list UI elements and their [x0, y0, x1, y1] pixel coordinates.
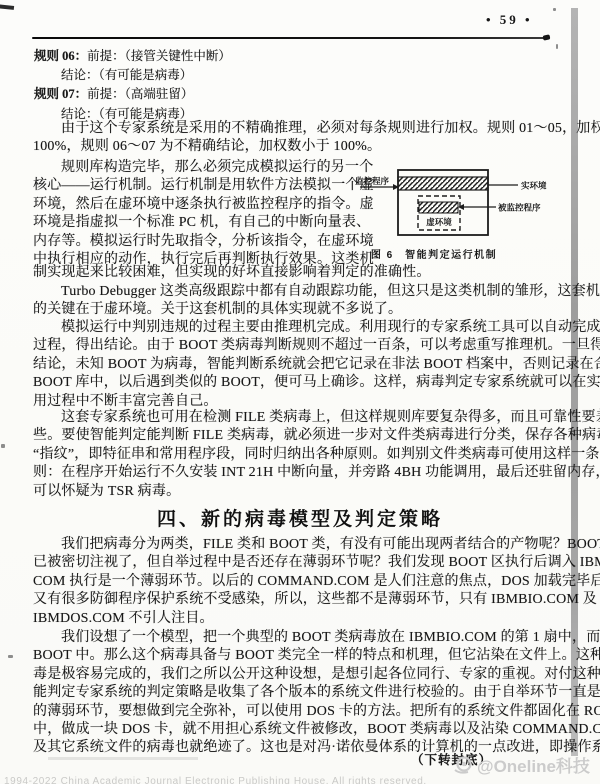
text-line: 规则库构造完毕，那么必须完成模拟运行的另一个: [33, 159, 383, 177]
paragraph-run-mechanism-narrow: 规则库构造完毕，那么必须完成模拟运行的另一个 核心——运行机制。运行机制是用软件…: [33, 159, 383, 269]
text-line: 结论，未知 BOOT 为病毒，智能判断系统就会把它记录在非法 BOOT 档案中，…: [33, 356, 600, 374]
text-line: BOOT 库中，以后遇到类似的 BOOT，便可马上确诊。这样，病毒判定专家系统就…: [33, 374, 600, 392]
text-line: 环境，然后在虚环境中逐条执行被监控程序的指令。虚: [33, 196, 383, 214]
rule-07-premise: 前提：（高端驻留）: [87, 87, 193, 101]
text-line: 核心——运行机制。运行机制是用软件方法模拟一个虚: [33, 177, 383, 195]
rule-07-premise-line: 规则 07：前提：（高端驻留）: [34, 85, 231, 104]
rules-block: 规则 06：前提：（接管关键性中断） 结论：（有可能是病毒） 规则 07：前提：…: [34, 47, 231, 124]
text-line: 这套专家系统也可用在检测 FILE 类病毒上，但这样规则库要复杂得多，而且可靠性…: [33, 409, 600, 427]
text-line: Turbo Debugger 这类高级跟踪中都有自动跟踪功能，但这只是这类机制的…: [33, 283, 600, 301]
monitored-program-bar: [419, 202, 458, 213]
figure-caption: 图 6 智能判定运行机制: [371, 248, 497, 261]
rule-06-premise-line: 规则 06：前提：（接管关键性中断）: [34, 47, 231, 66]
paragraph-inference-engine: 模拟运行中判别违规的过程主要由推理机完成。利用现行的专家系统工具可以自动完成推理…: [33, 319, 600, 411]
text-line: 100%，规则 06～07 为不精确结论，加权数小于 100%。: [33, 138, 600, 156]
paragraph-turbo-debugger: Turbo Debugger 这类高级跟踪中都有自动跟踪功能，但这只是这类机制的…: [33, 283, 600, 320]
text-line: 的关键在于虚环境。关于这套机制的具体实现就不多说了。: [33, 301, 600, 319]
text-line: 我们设想了一个模型，把一个典型的 BOOT 类病毒放在 IBMBIO.COM 的…: [33, 629, 600, 647]
scan-speck: [1, 444, 5, 448]
scan-speck: [8, 655, 13, 658]
scan-footer-text: 1994-2022 China Academic Journal Electro…: [4, 776, 600, 784]
watermark-logo-icon: [452, 754, 474, 776]
paragraph-new-model: 我们设想了一个模型，把一个典型的 BOOT 类病毒放在 IBMBIO.COM 的…: [33, 629, 600, 758]
rule-06-premise: 前提：（接管关键性中断）: [87, 49, 231, 63]
rule-06-label: 规则 06：: [34, 49, 87, 63]
monitor-program-label: 监控程序: [355, 176, 390, 186]
section-heading: 四、新的病毒模型及判定策略: [0, 504, 600, 531]
text-line: 由于这个专家系统是采用的不精确推理，必须对每条规则进行加权。规则 01～05，加…: [33, 120, 600, 138]
scan-speck: [556, 44, 558, 49]
text-line: 过程，得出结论。由于 BOOT 类病毒判断规则不超过一百条，可以考虑重写推理机。…: [33, 337, 600, 355]
text-line: 毒是极容易完成的，我们之所以公开这种设想，是想引起各位同行、专家的重视。对付这种…: [33, 666, 600, 684]
text-line: COM 执行是一个薄弱环节。以后的 COMMAND.COM 是人们注意的焦点，D…: [33, 573, 600, 591]
text-line: 能判定专家系统的判定策略是收集了各个版本的系统文件进行校验的。由于自举环节一直是…: [33, 684, 600, 702]
text-line: 些。要使智能判定能判断 FILE 类病毒，就必须进一步对文件类病毒进行分类，保存…: [33, 427, 600, 445]
page-number: • 59 •: [486, 12, 533, 28]
continuation-note: （下转封底）: [0, 750, 492, 768]
real-environment-label: 实环境: [521, 181, 547, 191]
paragraph-weighting: 由于这个专家系统是采用的不精确推理，必须对每条规则进行加权。规则 01～05，加…: [33, 120, 600, 157]
paragraph-file-virus: 这套专家系统也可用在检测 FILE 类病毒上，但这样规则库要复杂得多，而且可靠性…: [33, 409, 600, 501]
header-rule-line: [32, 37, 548, 39]
text-line: 又有很多防御程序保护系统不受感染，所以，这些都不是薄弱环节，只有 IBMBIO.…: [33, 591, 600, 609]
text-line: 中，做成一块 DOS 卡，就不用担心系统文件被修改，BOOT 类病毒以及沾染 C…: [33, 721, 600, 739]
text-line: 模拟运行中判别违规的过程主要由推理机完成。利用现行的专家系统工具可以自动完成推理: [33, 319, 600, 337]
text-line: 可以怀疑为 TSR 病毒。: [33, 483, 600, 501]
figure-6: 监控程序 实环境 被监控程序 虚环境 图 6 智能判定运行机制: [348, 157, 560, 267]
rule-07-label: 规则 07：: [34, 87, 87, 101]
watermark-text: @Oneline科技: [477, 752, 590, 777]
text-line: BOOT 中。那么这个病毒具备与 BOOT 类完全一样的特点和机理，但它沾染在文…: [33, 647, 600, 665]
monitored-program-label: 被监控程序: [498, 203, 541, 213]
scan-speck: [553, 8, 556, 11]
text-line: 内存等。模拟运行时先取指令，分析该指令，在虚环境: [33, 233, 383, 251]
watermark: @Oneline科技: [452, 752, 590, 777]
text-line: 则：在程序开始运行不久安装 INT 21H 中断向量，并旁路 4BH 功能调用，…: [33, 464, 600, 482]
text-line: IBMDOS.COM 不引人注目。: [33, 610, 600, 628]
scan-artifact-corner: [0, 4, 14, 10]
figure-6-diagram: 监控程序 实环境 被监控程序 虚环境 图 6 智能判定运行机制: [348, 157, 560, 267]
virtual-environment-label: 虚环境: [426, 217, 452, 227]
monitored-program-arrowhead: [458, 204, 464, 210]
text-line: 环境是指虚拟一个标准 PC 机，有自己的中断向量表、: [33, 214, 383, 232]
scanned-page: • 59 • 规则 06：前提：（接管关键性中断） 结论：（有可能是病毒） 规则…: [0, 0, 600, 784]
text-line: 我们把病毒分为两类，FILE 类和 BOOT 类，有没有可能出现两者结合的产物呢…: [33, 536, 600, 554]
text-line: 已被密切注视了，但自举过程中是否还存在薄弱环节呢？我们发现 BOOT 区执行后调…: [33, 554, 600, 572]
monitor-program-band: [398, 177, 488, 190]
text-line: “指纹”，即特征串和常用程序段，同时归纳出各种原则。如判别文件类病毒可使用这样一…: [33, 446, 600, 464]
paragraph-two-classes: 我们把病毒分为两类，FILE 类和 BOOT 类，有没有可能出现两者结合的产物呢…: [33, 536, 600, 628]
rule-06-conclusion: 结论：（有可能是病毒）: [34, 66, 231, 85]
text-line: 的薄弱环节，要想做到完全弥补，可以使用 DOS 卡的方法。把所有的系统文件都固化…: [33, 703, 600, 721]
